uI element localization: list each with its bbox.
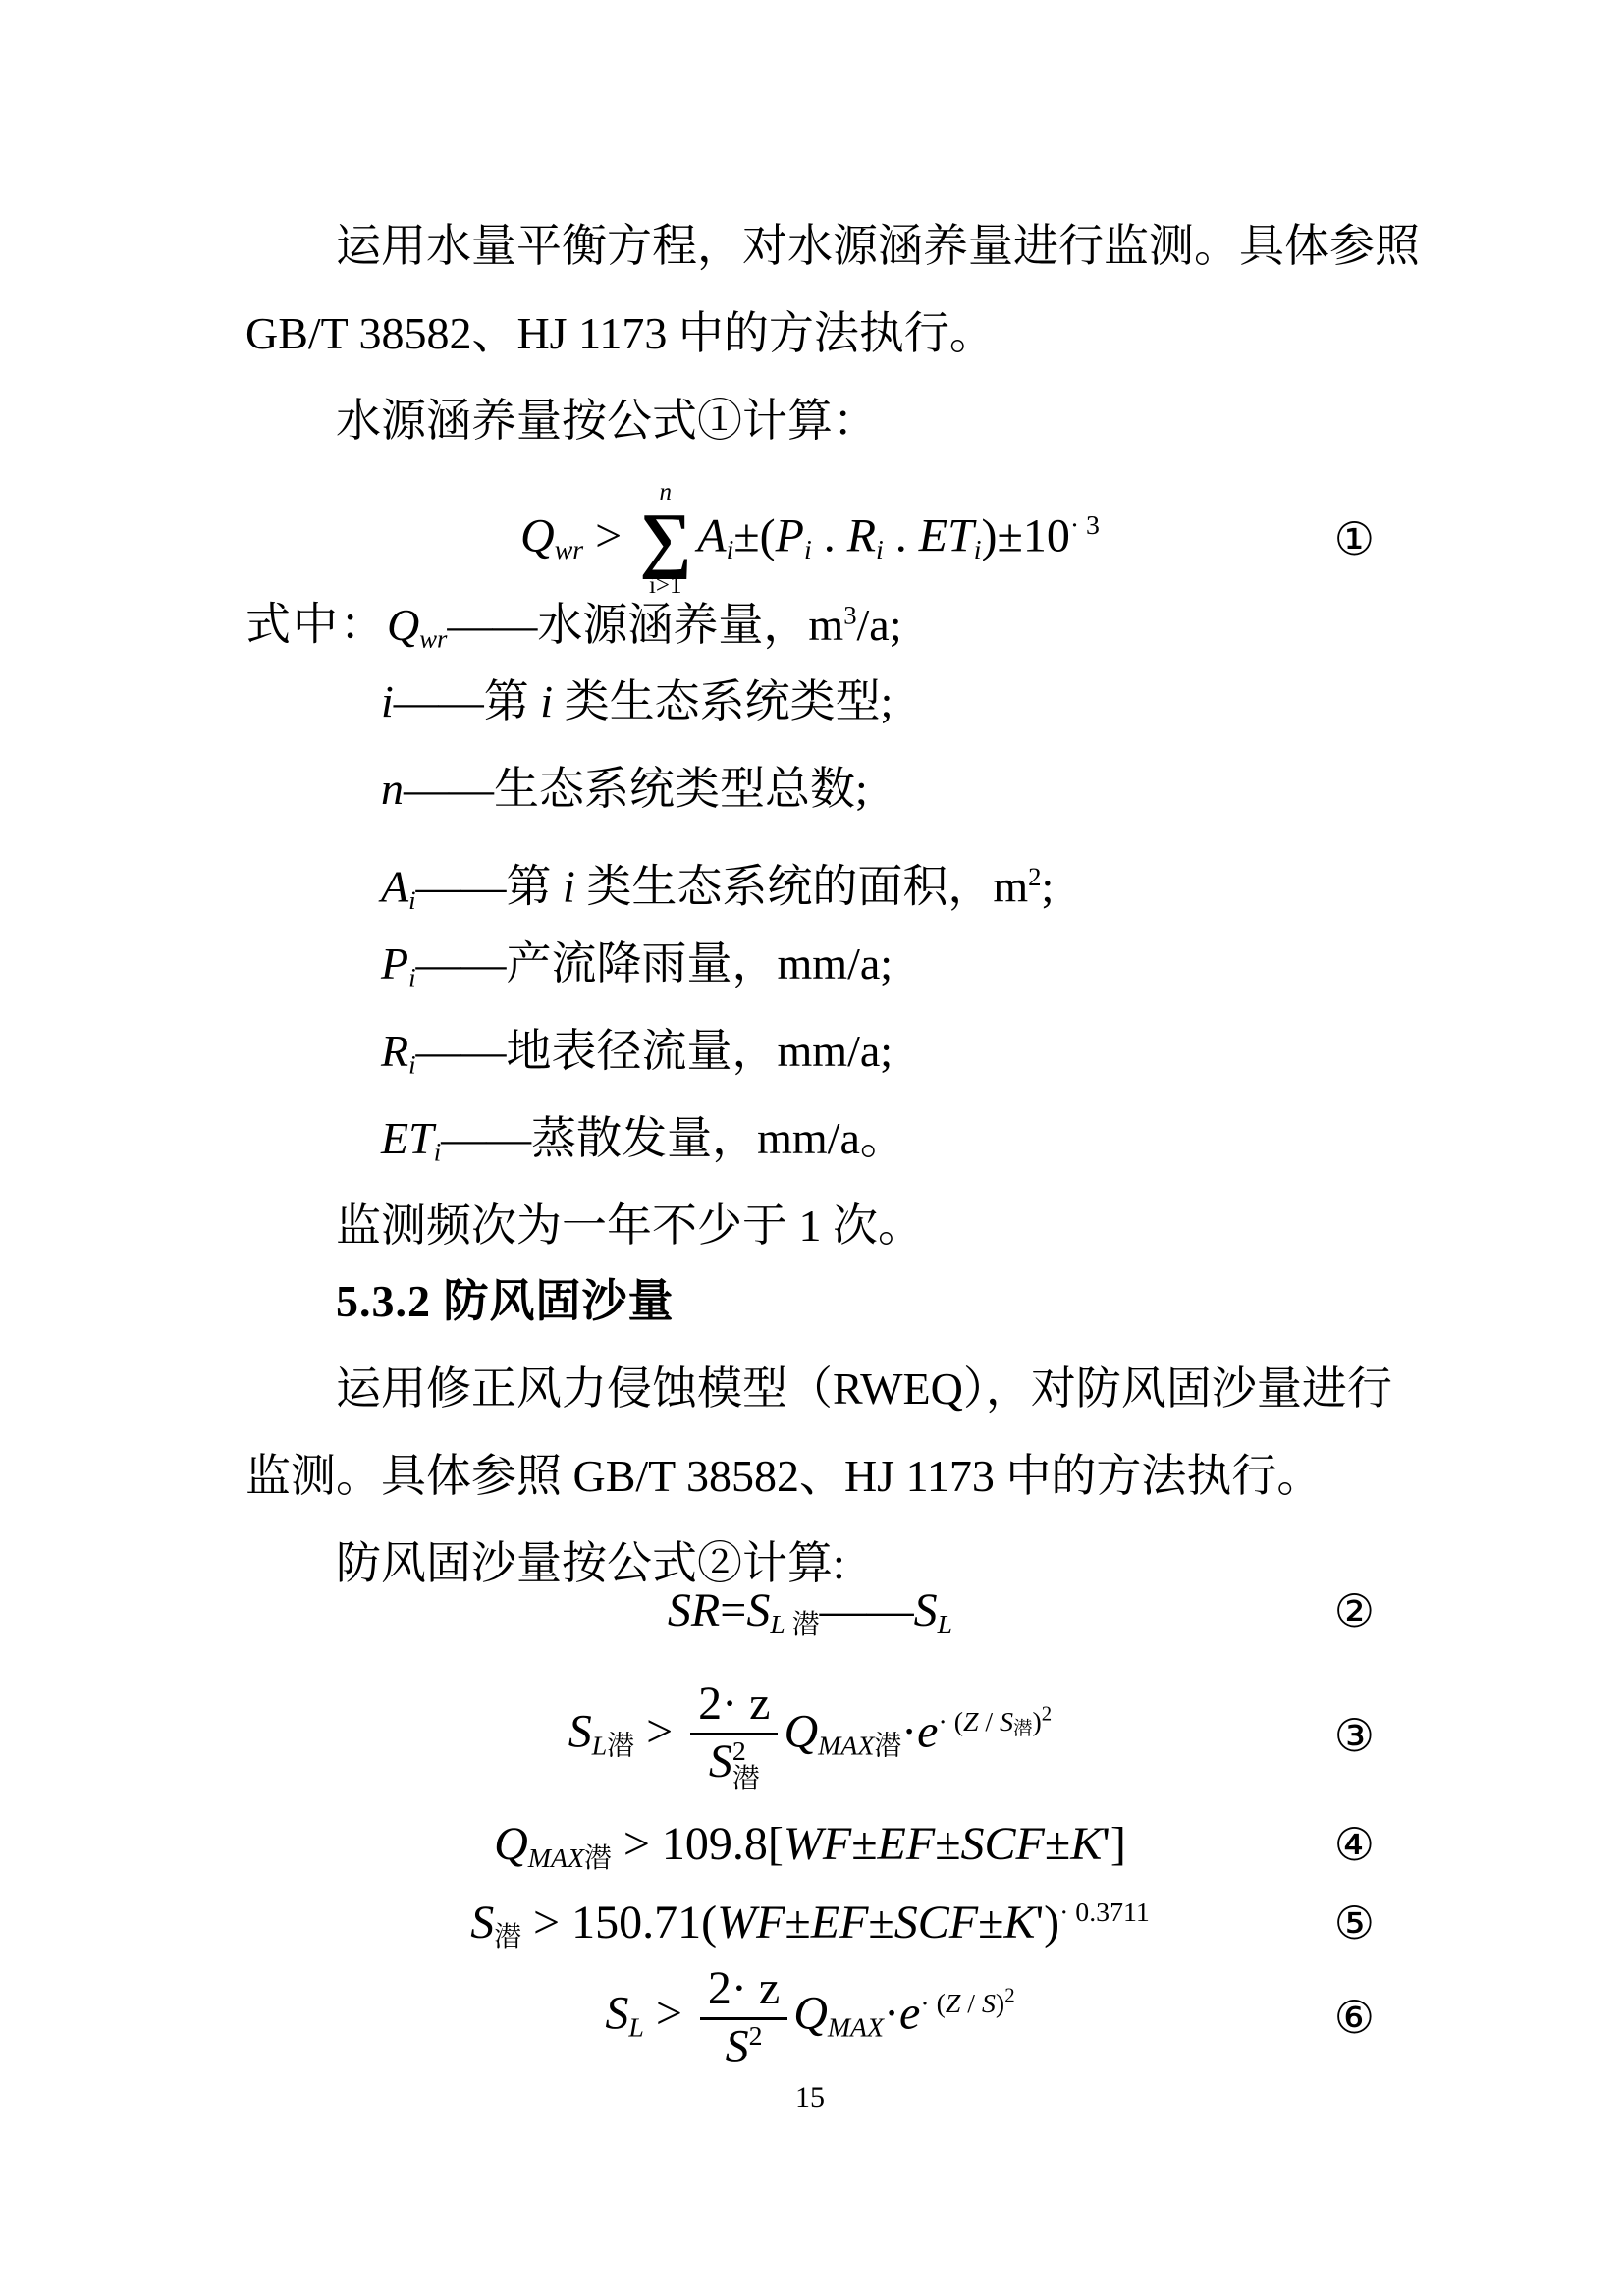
formula-expression: SL > 2· zS2QMAX·e· (Z / S)2	[605, 1964, 1014, 2071]
definition-row: ETi——蒸散发量，mm/a。	[245, 1095, 1375, 1182]
definition-row: Ri——地表径流量，mm/a;	[245, 1008, 1375, 1095]
document-page: 运用水量平衡方程，对水源涵养量进行监测。具体参照 GB/T 38582、HJ 1…	[0, 0, 1624, 2296]
formula-label: ④	[1334, 1823, 1375, 1868]
page-number: 15	[245, 2076, 1375, 2119]
formula-expression: SR=SL 潜——SL	[668, 1583, 952, 1641]
definition-row: n——生态系统类型总数;	[245, 746, 1375, 832]
formula-label: ⑤	[1334, 1901, 1375, 1947]
formula-label: ①	[1334, 517, 1375, 562]
formula-expression: S潜 > 150.71(WF±EF±SCF±K')· 0.3711	[470, 1896, 1150, 1953]
formula-label: ⑥	[1334, 1996, 1375, 2041]
paragraph-line: 水源涵养量按公式①计算：	[245, 378, 1375, 464]
paragraph-line: 监测。具体参照 GB/T 38582、HJ 1173 中的方法执行。	[245, 1433, 1375, 1520]
paragraph-line: 运用修正风力侵蚀模型（RWEQ），对防风固沙量进行	[245, 1346, 1375, 1432]
formula-6: SL > 2· zS2QMAX·e· (Z / S)2 ⑥	[245, 1963, 1375, 2073]
paragraph-line: 监测频次为一年不少于 1 次。	[245, 1183, 1375, 1269]
definition-row: Ai——第 i 类生态系统的面积，m2;	[245, 833, 1375, 920]
definition-terms: Qwr——水源涵养量，m3/a;	[387, 600, 902, 650]
formula-4: QMAX潜 > 109.8[WF±EF±SCF±K'] ④	[245, 1816, 1375, 1875]
section-heading: 5.3.2 防风固沙量	[245, 1258, 1375, 1345]
where-label: 式中：	[245, 600, 387, 650]
formula-expression: SL潜 > 2· zS2潜QMAX潜·e· (Z / S潜)2	[568, 1680, 1052, 1792]
definition-row: i——第 i 类生态系统类型;	[245, 659, 1375, 745]
formula-2: SR=SL 潜——SL ②	[245, 1582, 1375, 1641]
formula-5: S潜 > 150.71(WF±EF±SCF±K')· 0.3711 ⑤	[245, 1895, 1375, 1953]
paragraph-line: 运用水量平衡方程，对水源涵养量进行监测。具体参照	[245, 203, 1375, 290]
formula-label: ③	[1334, 1714, 1375, 1759]
formula-expression: QMAX潜 > 109.8[WF±EF±SCF±K']	[494, 1817, 1126, 1875]
definition-row: Pi——产流降雨量，mm/a;	[245, 921, 1375, 1007]
definition-row: 式中：Qwr——水源涵养量，m3/a;	[245, 571, 1375, 658]
formula-label: ②	[1334, 1589, 1375, 1634]
formula-3: SL潜 > 2· zS2潜QMAX潜·e· (Z / S潜)2 ③	[245, 1659, 1375, 1814]
paragraph-line: GB/T 38582、HJ 1173 中的方法执行。	[245, 291, 1375, 377]
